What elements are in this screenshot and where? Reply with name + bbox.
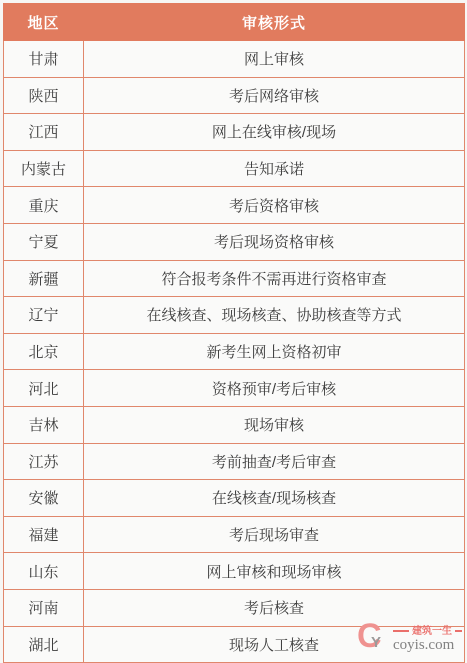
form-cell: 考后现场资格审核 (84, 223, 465, 260)
form-cell: 资格预审/考后审核 (84, 370, 465, 407)
region-cell: 湖北 (4, 626, 84, 663)
table-row: 福建考后现场审查 (4, 516, 465, 553)
table-row: 河南考后核查 (4, 589, 465, 626)
form-cell: 考后网络审核 (84, 77, 465, 114)
region-cell: 内蒙古 (4, 150, 84, 187)
header-cell-region: 地区 (4, 4, 84, 41)
region-cell: 陕西 (4, 77, 84, 114)
form-cell: 网上审核和现场审核 (84, 553, 465, 590)
table-row: 重庆考后资格审核 (4, 187, 465, 224)
table-row: 甘肃网上审核 (4, 41, 465, 78)
form-cell: 考后现场审查 (84, 516, 465, 553)
region-cell: 重庆 (4, 187, 84, 224)
region-cell: 江苏 (4, 443, 84, 480)
form-cell: 符合报考条件不需再进行资格审查 (84, 260, 465, 297)
table-row: 北京新考生网上资格初审 (4, 333, 465, 370)
region-cell: 北京 (4, 333, 84, 370)
region-cell: 福建 (4, 516, 84, 553)
table-row: 辽宁在线核查、现场核查、协助核查等方式 (4, 297, 465, 334)
form-cell: 现场审核 (84, 406, 465, 443)
region-cell: 河北 (4, 370, 84, 407)
region-cell: 吉林 (4, 406, 84, 443)
region-review-table: 地区 审核形式 甘肃网上审核陕西考后网络审核江西网上在线审核/现场内蒙古告知承诺… (3, 3, 465, 663)
table-row: 河北资格预审/考后审核 (4, 370, 465, 407)
region-cell: 辽宁 (4, 297, 84, 334)
table-header-row: 地区 审核形式 (4, 4, 465, 41)
form-cell: 考后资格审核 (84, 187, 465, 224)
region-cell: 河南 (4, 589, 84, 626)
table-row: 吉林现场审核 (4, 406, 465, 443)
table-row: 新疆符合报考条件不需再进行资格审查 (4, 260, 465, 297)
region-cell: 宁夏 (4, 223, 84, 260)
form-cell: 网上在线审核/现场 (84, 114, 465, 151)
form-cell: 在线核查/现场核查 (84, 480, 465, 517)
form-cell: 在线核查、现场核查、协助核查等方式 (84, 297, 465, 334)
table-row: 江苏考前抽查/考后审查 (4, 443, 465, 480)
table-row: 江西网上在线审核/现场 (4, 114, 465, 151)
form-cell: 考后核查 (84, 589, 465, 626)
region-cell: 新疆 (4, 260, 84, 297)
region-cell: 甘肃 (4, 41, 84, 78)
form-cell: 告知承诺 (84, 150, 465, 187)
region-cell: 山东 (4, 553, 84, 590)
table-row: 湖北现场人工核查 (4, 626, 465, 663)
form-cell: 现场人工核查 (84, 626, 465, 663)
form-cell: 考前抽查/考后审查 (84, 443, 465, 480)
table-row: 宁夏考后现场资格审核 (4, 223, 465, 260)
table-row: 陕西考后网络审核 (4, 77, 465, 114)
region-cell: 安徽 (4, 480, 84, 517)
header-cell-form: 审核形式 (84, 4, 465, 41)
form-cell: 网上审核 (84, 41, 465, 78)
table-row: 安徽在线核查/现场核查 (4, 480, 465, 517)
table-row: 内蒙古告知承诺 (4, 150, 465, 187)
table-row: 山东网上审核和现场审核 (4, 553, 465, 590)
region-cell: 江西 (4, 114, 84, 151)
form-cell: 新考生网上资格初审 (84, 333, 465, 370)
